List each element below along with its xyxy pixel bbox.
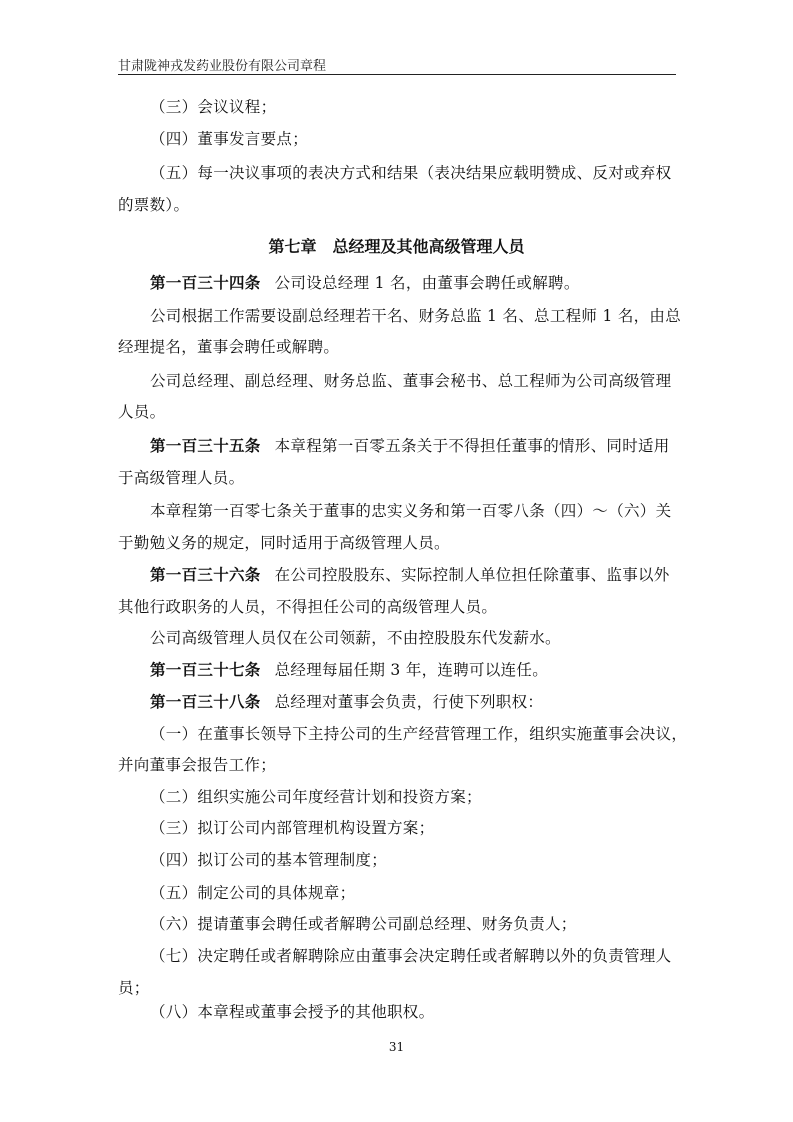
paragraph-line: 本章程第一百零七条关于董事的忠实义务和第一百零八条（四）～（六）关	[150, 501, 671, 521]
header-rule	[118, 74, 676, 75]
article-136: 第一百三十六条在公司控股股东、实际控制人单位担任除董事、监事以外	[150, 565, 670, 585]
paragraph-line: 员；	[118, 978, 150, 998]
paragraph-line: （四）董事发言要点；	[150, 129, 308, 149]
list-item: （七）决定聘任或者解聘除应由董事会决定聘任或者解聘以外的负责管理人	[150, 946, 671, 966]
list-item: （四）拟订公司的基本管理制度；	[150, 850, 387, 870]
chapter-title: 第七章 总经理及其他高级管理人员	[0, 234, 793, 257]
article-text: 总经理每届任期 3 年，连聘可以连任。	[275, 661, 548, 679]
paragraph-line: 公司高级管理人员仅在公司领薪，不由控股股东代发薪水。	[150, 628, 561, 648]
paragraph-line: 其他行政职务的人员，不得担任公司的高级管理人员。	[118, 597, 497, 617]
list-item: （六）提请董事会聘任或者解聘公司副总经理、财务负责人；	[150, 914, 577, 934]
document-header: 甘肃陇神戎发药业股份有限公司章程	[118, 55, 326, 74]
paragraph-line: （三）会议议程；	[150, 97, 276, 117]
paragraph-line: 公司总经理、副总经理、财务总监、董事会秘书、总工程师为公司高级管理	[150, 371, 671, 391]
list-item: （五）制定公司的具体规章；	[150, 883, 355, 903]
page-number: 31	[0, 1040, 793, 1054]
article-text: 总经理对董事会负责，行使下列职权：	[275, 693, 544, 711]
article-label: 第一百三十七条	[150, 661, 261, 679]
paragraph-line: （五）每一决议事项的表决方式和结果（表决结果应载明赞成、反对或弃权	[150, 163, 671, 183]
paragraph-line: 于高级管理人员。	[118, 468, 244, 488]
article-134: 第一百三十四条公司设总经理 1 名，由董事会聘任或解聘。	[150, 273, 580, 293]
list-item: （三）拟订公司内部管理机构设置方案；	[150, 818, 434, 838]
list-item: （八）本章程或董事会授予的其他职权。	[150, 1002, 434, 1022]
paragraph-line: 并向董事会报告工作；	[118, 755, 276, 775]
paragraph-line: 经理提名，董事会聘任或解聘。	[118, 337, 339, 357]
article-label: 第一百三十四条	[150, 274, 261, 292]
paragraph-line: 人员。	[118, 402, 165, 422]
article-label: 第一百三十八条	[150, 693, 261, 711]
list-item: （一）在董事长领导下主持公司的生产经营管理工作，组织实施董事会决议，	[150, 724, 687, 744]
article-label: 第一百三十六条	[150, 566, 261, 584]
paragraph-line: 的票数）。	[118, 195, 189, 215]
article-138: 第一百三十八条总经理对董事会负责，行使下列职权：	[150, 692, 543, 712]
article-135: 第一百三十五条本章程第一百零五条关于不得担任董事的情形、同时适用	[150, 436, 670, 456]
article-text: 在公司控股股东、实际控制人单位担任除董事、监事以外	[275, 566, 670, 584]
list-item: （二）组织实施公司年度经营计划和投资方案；	[150, 787, 482, 807]
article-label: 第一百三十五条	[150, 437, 261, 455]
article-text: 本章程第一百零五条关于不得担任董事的情形、同时适用	[275, 437, 670, 455]
paragraph-line: 公司根据工作需要设副总经理若干名、财务总监 1 名、总工程师 1 名，由总	[150, 306, 681, 326]
article-text: 公司设总经理 1 名，由董事会聘任或解聘。	[275, 274, 580, 292]
article-137: 第一百三十七条总经理每届任期 3 年，连聘可以连任。	[150, 660, 548, 680]
paragraph-line: 于勤勉义务的规定，同时适用于高级管理人员。	[118, 533, 450, 553]
